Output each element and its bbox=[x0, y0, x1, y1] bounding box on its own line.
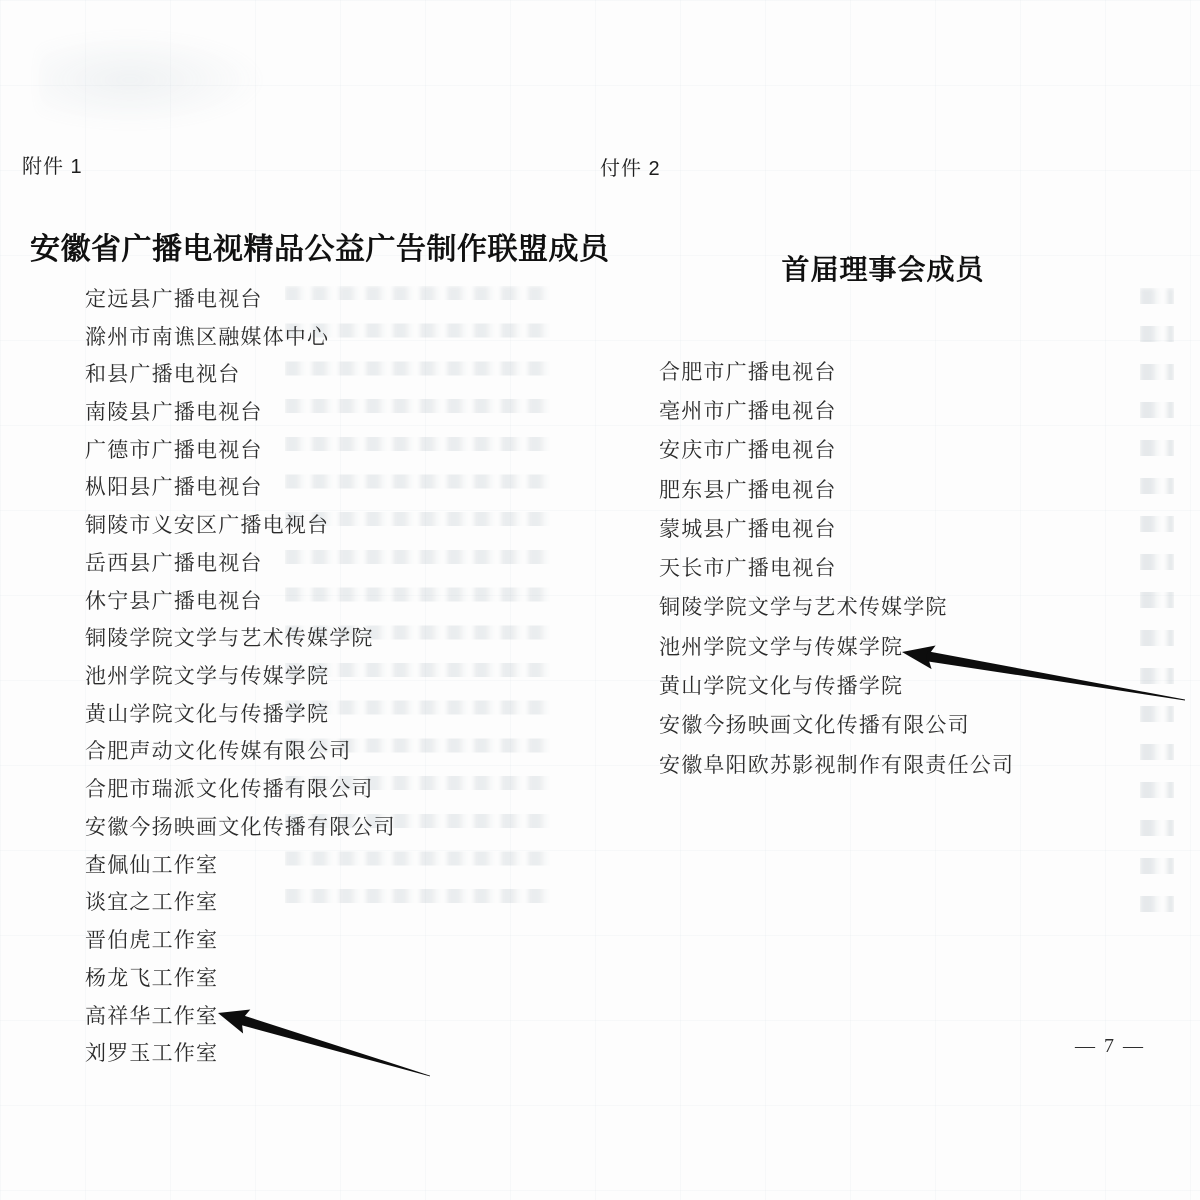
attachment1-title: 安徽省广播电视精品公益广告制作联盟成员 bbox=[30, 224, 610, 268]
list-item: 池州学院文学与传媒学院 bbox=[85, 656, 396, 694]
list-item: 杨龙飞工作室 bbox=[85, 958, 396, 996]
list-item: 晋伯虎工作室 bbox=[85, 920, 396, 958]
list-item: 黄山学院文化与传播学院 bbox=[85, 694, 396, 732]
list-item: 天长市广播电视台 bbox=[659, 547, 1014, 586]
list-item: 安徽阜阳欧苏影视制作有限责任公司 bbox=[659, 744, 1014, 783]
list-item: 肥东县广播电视台 bbox=[659, 469, 1014, 508]
list-item: 合肥声动文化传媒有限公司 bbox=[85, 732, 396, 770]
list-item: 安徽今扬映画文化传播有限公司 bbox=[659, 705, 1014, 744]
attachment2-title: 首届理事会成员 bbox=[658, 248, 1108, 288]
list-item: 枞阳县广播电视台 bbox=[85, 468, 396, 506]
attachment2-label: 付件 2 bbox=[600, 152, 661, 181]
bleedthrough-artifact bbox=[38, 30, 268, 130]
attachment2-member-list: 合肥市广播电视台 亳州市广播电视台 安庆市广播电视台 肥东县广播电视台 蒙城县广… bbox=[659, 351, 1014, 783]
list-item: 谈宜之工作室 bbox=[85, 883, 396, 921]
list-item: 铜陵市义安区广播电视台 bbox=[85, 505, 396, 543]
list-item: 亳州市广播电视台 bbox=[659, 390, 1014, 429]
list-item: 和县广播电视台 bbox=[85, 354, 396, 392]
list-item: 定远县广播电视台 bbox=[85, 279, 396, 317]
list-item: 岳西县广播电视台 bbox=[85, 543, 396, 581]
list-item: 安庆市广播电视台 bbox=[659, 430, 1014, 469]
list-item: 铜陵学院文学与艺术传媒学院 bbox=[659, 587, 1014, 626]
list-item: 蒙城县广播电视台 bbox=[659, 508, 1014, 547]
bleedthrough-artifact bbox=[1140, 288, 1174, 933]
attachment1-member-list: 定远县广播电视台 滁州市南谯区融媒体中心 和县广播电视台 南陵县广播电视台 广德… bbox=[85, 279, 396, 1071]
list-item: 铜陵学院文学与艺术传媒学院 bbox=[85, 618, 396, 656]
list-item: 滁州市南谯区融媒体中心 bbox=[85, 317, 396, 355]
list-item: 南陵县广播电视台 bbox=[85, 392, 396, 430]
list-item: 查佩仙工作室 bbox=[85, 845, 396, 883]
list-item: 合肥市广播电视台 bbox=[659, 351, 1014, 390]
list-item: 广德市广播电视台 bbox=[85, 430, 396, 468]
list-item: 休宁县广播电视台 bbox=[85, 581, 396, 619]
annotation-arrow-right bbox=[893, 638, 1193, 708]
page-number: — 7 — bbox=[1058, 1035, 1162, 1058]
list-item: 安徽今扬映画文化传播有限公司 bbox=[85, 807, 396, 845]
annotation-arrow-left bbox=[206, 1000, 438, 1084]
list-item: 合肥市瑞派文化传播有限公司 bbox=[85, 769, 396, 807]
attachment1-label: 附件 1 bbox=[22, 150, 83, 179]
